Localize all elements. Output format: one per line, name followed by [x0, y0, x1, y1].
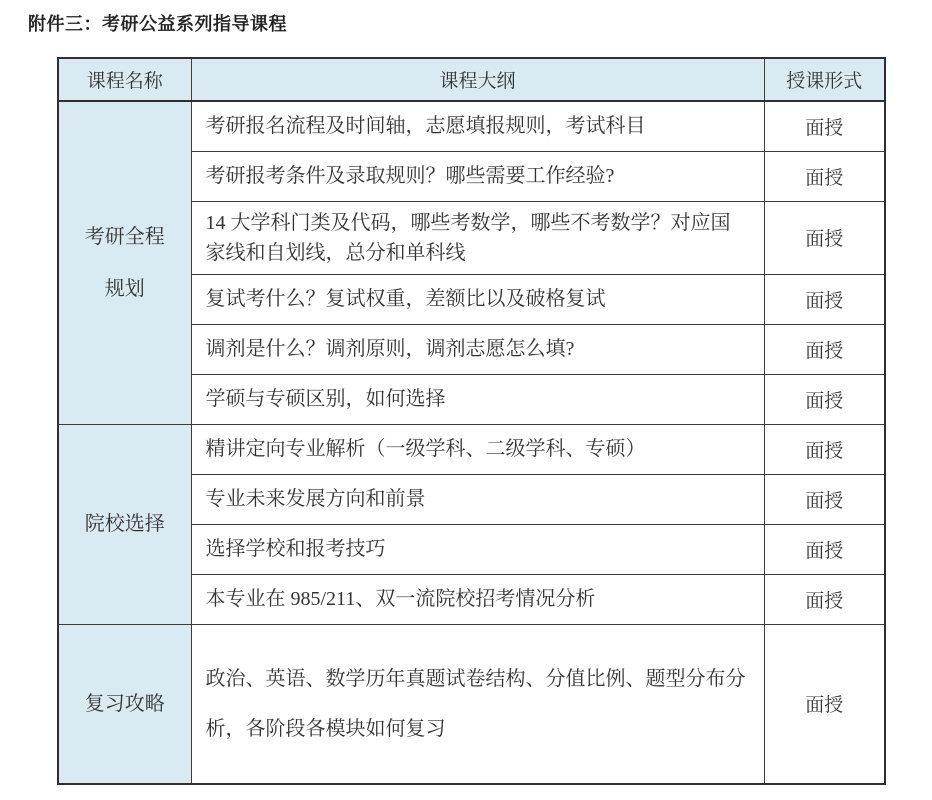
- course-outline-cell: 调剂是什么？调剂原则，调剂志愿怎么填?: [191, 324, 764, 374]
- course-table: 课程名称 课程大纲 授课形式 考研全程规划考研报名流程及时间轴，志愿填报规则，考…: [57, 57, 886, 785]
- course-outline-cell: 精讲定向专业解析（一级学科、二级学科、专硕）: [191, 424, 764, 474]
- course-outline-cell: 考研报考条件及录取规则？哪些需要工作经验?: [191, 151, 764, 201]
- document-page: 附件三：考研公益系列指导课程 课程名称 课程大纲 授课形式 考研全程规划考研报名…: [0, 0, 932, 800]
- course-outline-cell: 学硕与专硕区别，如何选择: [191, 374, 764, 424]
- teaching-format-cell: 面授: [764, 324, 885, 374]
- table-row: 院校选择精讲定向专业解析（一级学科、二级学科、专硕）面授: [58, 424, 885, 474]
- teaching-format-cell: 面授: [764, 201, 885, 274]
- teaching-format-cell: 面授: [764, 374, 885, 424]
- course-outline-cell: 选择学校和报考技巧: [191, 524, 764, 574]
- teaching-format-cell: 面授: [764, 424, 885, 474]
- course-outline-cell: 14 大学科门类及代码，哪些考数学，哪些不考数学？对应国家线和自划线，总分和单科…: [191, 201, 764, 274]
- header-teaching-format: 授课形式: [764, 58, 885, 101]
- teaching-format-cell: 面授: [764, 474, 885, 524]
- header-course-name: 课程名称: [58, 58, 191, 101]
- course-outline-cell: 复试考什么？复试权重，差额比以及破格复试: [191, 274, 764, 324]
- course-outline-cell: 考研报名流程及时间轴，志愿填报规则，考试科目: [191, 101, 764, 151]
- teaching-format-cell: 面授: [764, 101, 885, 151]
- table-row: 复习攻略政治、英语、数学历年真题试卷结构、分值比例、题型分布分析，各阶段各模块如…: [58, 624, 885, 784]
- course-outline-cell: 专业未来发展方向和前景: [191, 474, 764, 524]
- course-outline-cell: 本专业在 985/211、双一流院校招考情况分析: [191, 574, 764, 624]
- table-row: 考研全程规划考研报名流程及时间轴，志愿填报规则，考试科目面授: [58, 101, 885, 151]
- teaching-format-cell: 面授: [764, 524, 885, 574]
- course-name-cell: 复习攻略: [58, 624, 191, 784]
- teaching-format-cell: 面授: [764, 274, 885, 324]
- table-header-row: 课程名称 课程大纲 授课形式: [58, 58, 885, 101]
- header-course-outline: 课程大纲: [191, 58, 764, 101]
- teaching-format-cell: 面授: [764, 574, 885, 624]
- course-name-cell: 院校选择: [58, 424, 191, 624]
- teaching-format-cell: 面授: [764, 151, 885, 201]
- course-name-cell: 考研全程规划: [58, 101, 191, 424]
- course-table-body: 考研全程规划考研报名流程及时间轴，志愿填报规则，考试科目面授考研报考条件及录取规…: [58, 101, 885, 784]
- course-outline-cell: 政治、英语、数学历年真题试卷结构、分值比例、题型分布分析，各阶段各模块如何复习: [191, 624, 764, 784]
- page-title: 附件三：考研公益系列指导课程: [28, 10, 287, 36]
- teaching-format-cell: 面授: [764, 624, 885, 784]
